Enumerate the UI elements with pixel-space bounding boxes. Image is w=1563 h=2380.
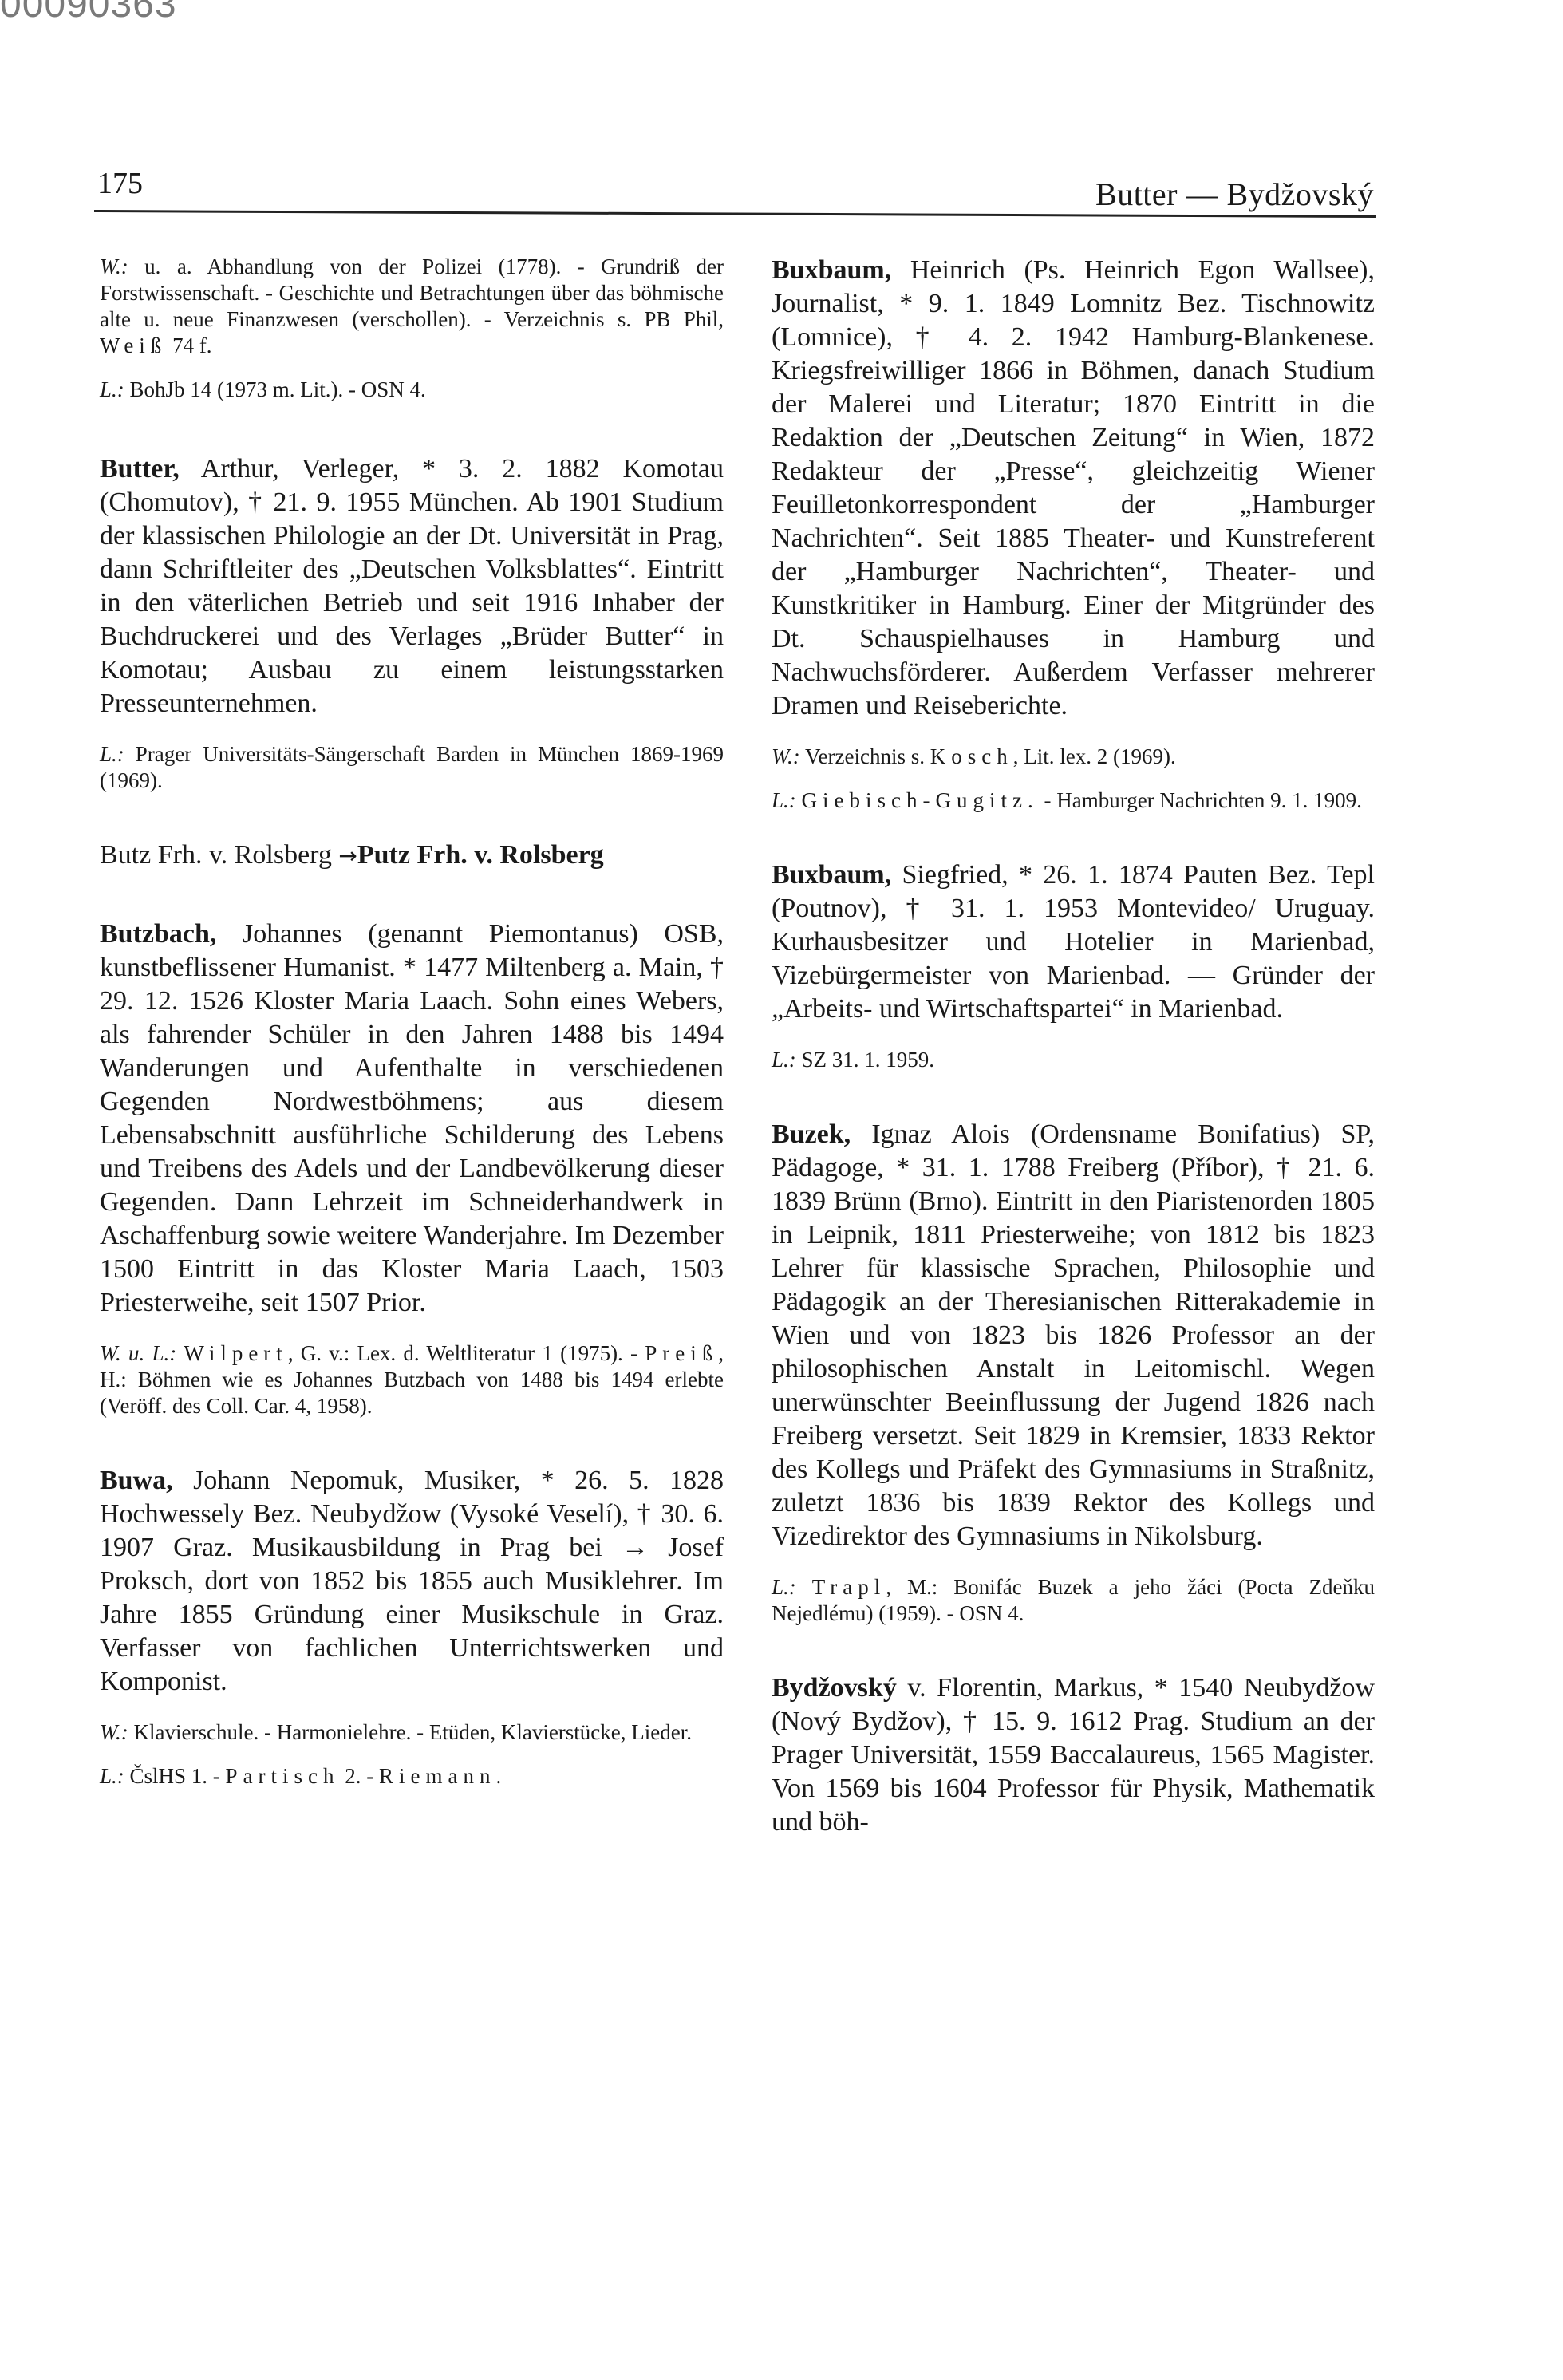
spaced-author: Partisch — [226, 1764, 340, 1788]
works-label: W.: — [772, 744, 800, 768]
spaced-author: Riemann. — [379, 1764, 507, 1788]
entry-body: Butter, Arthur, Verleger, * 3. 2. 1882 K… — [100, 452, 724, 720]
literature-reference: L.: BohJb 14 (1973 m. Lit.). - OSN 4. — [100, 377, 724, 403]
scan-id: 00090363 — [0, 0, 177, 26]
literature-reference: L.: SZ 31. 1. 1959. — [772, 1047, 1375, 1073]
entry-buwa: Buwa, Johann Nepomuk, Musiker, * 26. 5. … — [100, 1464, 724, 1790]
spaced-author: Kosch — [930, 744, 1013, 768]
running-head: Butter — Bydžovský — [1095, 176, 1374, 213]
entry-body: Buwa, Johann Nepomuk, Musiker, * 26. 5. … — [100, 1464, 724, 1699]
works-reference: W.: Klavierschule. - Harmonielehre. - Et… — [100, 1719, 724, 1746]
literature-label: L.: — [772, 1575, 796, 1599]
entry-buxbaum-siegfried: Buxbaum, Siegfried, * 26. 1. 1874 Pauten… — [772, 858, 1375, 1073]
page-number: 175 — [97, 166, 143, 201]
literature-label: L.: — [100, 377, 124, 401]
entry-lemma: Bydžovský — [772, 1673, 897, 1703]
entry-lemma: Buxbaum, — [772, 860, 891, 890]
literature-label: L.: — [772, 788, 796, 812]
entry-butzbach: Butzbach, Johannes (genannt Piemontanus)… — [100, 918, 724, 1419]
arrow-right-icon: → — [338, 843, 357, 869]
cross-reference: Butz Frh. v. Rolsberg →Putz Frh. v. Rols… — [100, 839, 724, 873]
works-label: W.: — [100, 1720, 128, 1744]
spaced-author: Preiß — [645, 1341, 718, 1365]
entry-body: Buxbaum, Siegfried, * 26. 1. 1874 Pauten… — [772, 858, 1375, 1026]
literature-reference: L.: Prager Universitäts-Sängerschaft Bar… — [100, 741, 724, 794]
entry-body: Buxbaum, Heinrich (Ps. Heinrich Egon Wal… — [772, 254, 1375, 723]
entry-lemma: Buzek, — [772, 1119, 851, 1149]
entry-buxbaum-heinrich: Buxbaum, Heinrich (Ps. Heinrich Egon Wal… — [772, 254, 1375, 814]
entry-lemma: Buxbaum, — [772, 255, 891, 285]
entry-body: Butzbach, Johannes (genannt Piemontanus)… — [100, 918, 724, 1320]
works-label: W.: — [100, 255, 128, 278]
works-literature-label: W. u. L.: — [100, 1341, 176, 1365]
works-reference: W.: Verzeichnis s. Kosch, Lit. lex. 2 (1… — [772, 744, 1375, 770]
entry-butz-crossref: Butz Frh. v. Rolsberg →Putz Frh. v. Rols… — [100, 839, 724, 873]
spaced-author: Trapl — [812, 1575, 886, 1599]
literature-reference: L.: ČslHS 1. - Partisch 2. - Riemann. — [100, 1763, 724, 1790]
spaced-author: Weiß — [100, 334, 167, 357]
literature-label: L.: — [100, 1764, 124, 1788]
works-literature-reference: W. u. L.: Wilpert, G. v.: Lex. d. Weltli… — [100, 1340, 724, 1419]
works-reference: W.: u. a. Abhandlung von der Polizei (17… — [100, 254, 724, 359]
literature-reference: L.: Giebisch-Gugitz. - Hamburger Nachric… — [772, 787, 1375, 814]
entry-continuation: W.: u. a. Abhandlung von der Polizei (17… — [100, 254, 724, 403]
entry-butter-arthur: Butter, Arthur, Verleger, * 3. 2. 1882 K… — [100, 452, 724, 794]
literature-reference: L.: Trapl, M.: Bonifác Buzek a jeho žáci… — [772, 1574, 1375, 1627]
entry-lemma: Butter, — [100, 454, 180, 483]
literature-label: L.: — [772, 1048, 796, 1072]
left-column: W.: u. a. Abhandlung von der Polizei (17… — [100, 254, 724, 1834]
literature-label: L.: — [100, 742, 124, 766]
entry-body: Buzek, Ignaz Alois (Ordensname Bonifatiu… — [772, 1118, 1375, 1553]
entry-buzek: Buzek, Ignaz Alois (Ordensname Bonifatiu… — [772, 1118, 1375, 1627]
entry-bydzovsky: Bydžovský v. Florentin, Markus, * 1540 N… — [772, 1672, 1375, 1839]
cross-reference-target[interactable]: Putz Frh. v. Rolsberg — [357, 840, 604, 870]
right-column: Buxbaum, Heinrich (Ps. Heinrich Egon Wal… — [772, 254, 1375, 1884]
entry-lemma: Buwa, — [100, 1466, 173, 1495]
entry-body: Bydžovský v. Florentin, Markus, * 1540 N… — [772, 1672, 1375, 1839]
entry-lemma: Butzbach, — [100, 919, 216, 949]
spaced-author: Wilpert — [184, 1341, 287, 1365]
spaced-author: Giebisch-Gugitz. — [802, 788, 1039, 812]
